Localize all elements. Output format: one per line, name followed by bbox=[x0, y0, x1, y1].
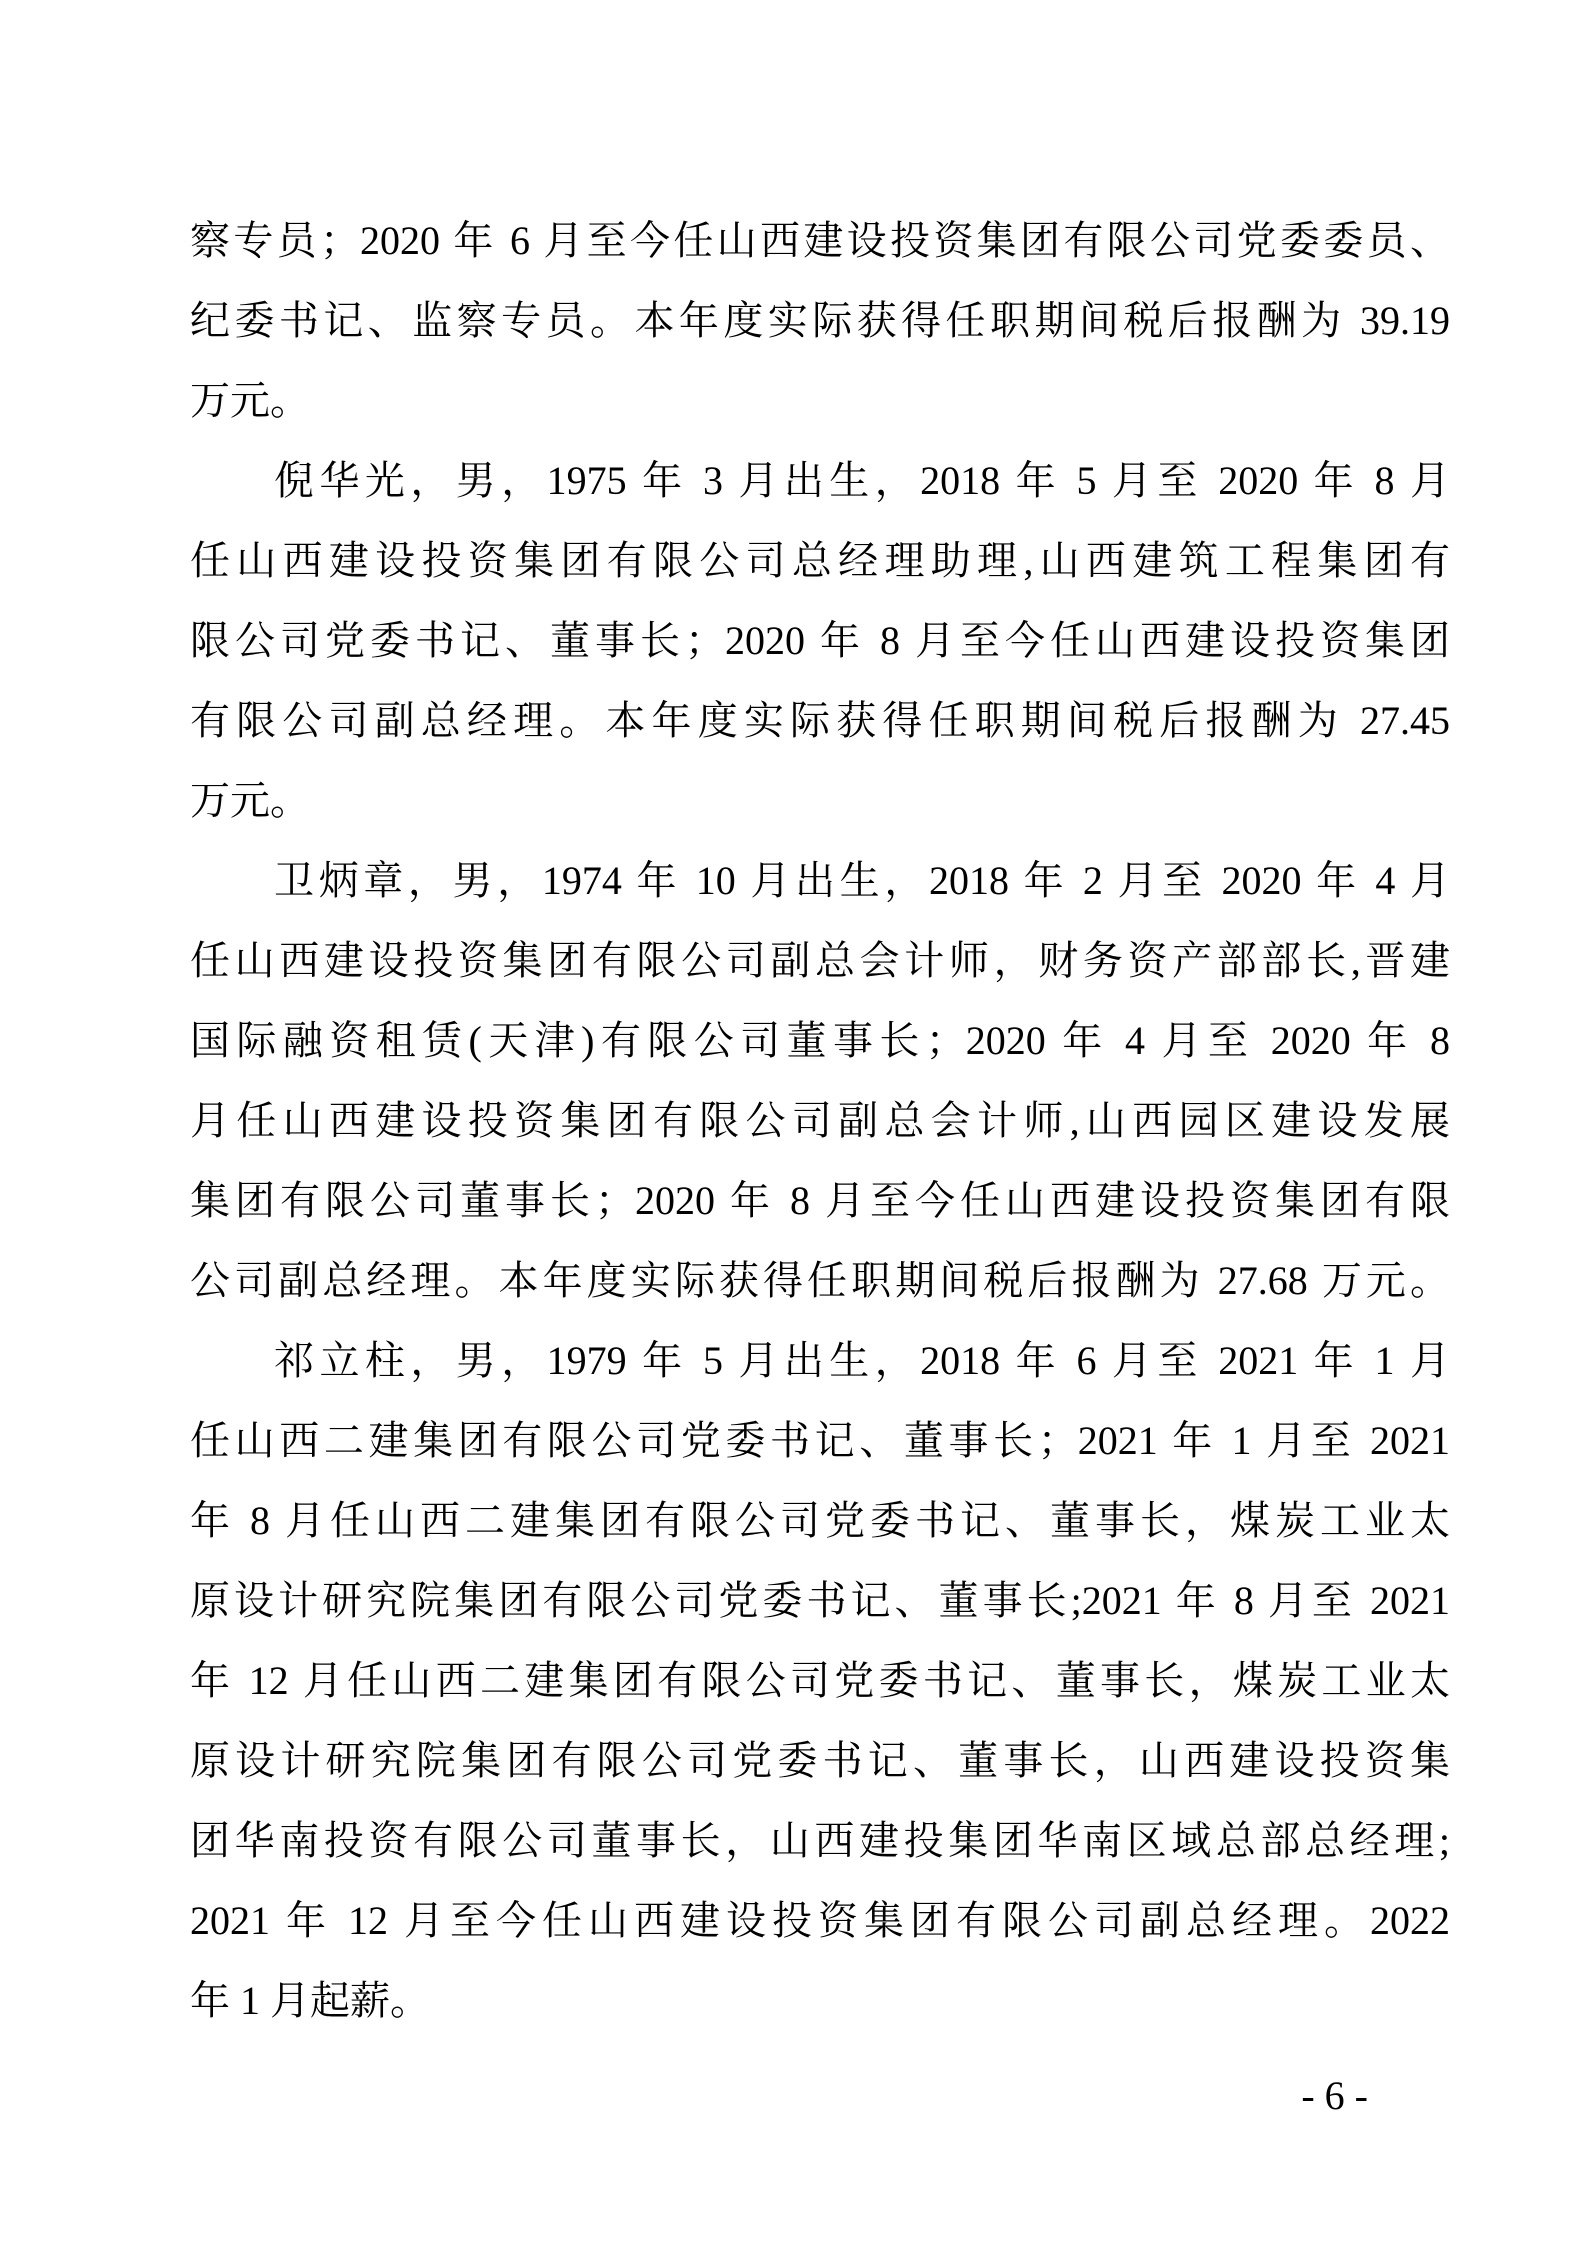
text-line: 原设计研究院集团有限公司党委书记、董事长，山西建设投资集 bbox=[190, 1721, 1450, 1801]
text-line: 卫炳章，男，1974 年 10 月出生，2018 年 2 月至 2020 年 4… bbox=[190, 841, 1450, 921]
text-line: 公司副总经理。本年度实际获得任职期间税后报酬为 27.68 万元。 bbox=[190, 1241, 1450, 1321]
text-line: 任山西建设投资集团有限公司副总会计师，财务资产部部长,晋建 bbox=[190, 921, 1450, 1001]
page-number: - 6 - bbox=[190, 2072, 1450, 2120]
text-line: 国际融资租赁(天津)有限公司董事长；2020 年 4 月至 2020 年 8 bbox=[190, 1001, 1450, 1081]
paragraph-wei-bingzhang: 卫炳章，男，1974 年 10 月出生，2018 年 2 月至 2020 年 4… bbox=[190, 841, 1450, 1321]
paragraph-ni-huaguang: 倪华光，男，1975 年 3 月出生，2018 年 5 月至 2020 年 8 … bbox=[190, 441, 1450, 841]
paragraph-continuation: 察专员；2020 年 6 月至今任山西建设投资集团有限公司党委委员、 纪委书记、… bbox=[190, 201, 1450, 441]
text-line: 月任山西建设投资集团有限公司副总会计师,山西园区建设发展 bbox=[190, 1081, 1450, 1161]
text-line: 集团有限公司董事长；2020 年 8 月至今任山西建设投资集团有限 bbox=[190, 1161, 1450, 1241]
text-line: 察专员；2020 年 6 月至今任山西建设投资集团有限公司党委委员、 bbox=[190, 201, 1450, 281]
text-line: 倪华光，男，1975 年 3 月出生，2018 年 5 月至 2020 年 8 … bbox=[190, 441, 1450, 521]
text-line: 任山西二建集团有限公司党委书记、董事长；2021 年 1 月至 2021 bbox=[190, 1401, 1450, 1481]
text-line: 年 1 月起薪。 bbox=[190, 1961, 1450, 2041]
text-line: 年 12 月任山西二建集团有限公司党委书记、董事长，煤炭工业太 bbox=[190, 1641, 1450, 1721]
text-line: 有限公司副总经理。本年度实际获得任职期间税后报酬为 27.45 bbox=[190, 681, 1450, 761]
text-line: 团华南投资有限公司董事长，山西建投集团华南区域总部总经理; bbox=[190, 1801, 1450, 1881]
text-line: 限公司党委书记、董事长；2020 年 8 月至今任山西建设投资集团 bbox=[190, 601, 1450, 681]
text-line: 2021 年 12 月至今任山西建设投资集团有限公司副总经理。2022 bbox=[190, 1881, 1450, 1961]
text-line: 年 8 月任山西二建集团有限公司党委书记、董事长，煤炭工业太 bbox=[190, 1481, 1450, 1561]
document-body: 察专员；2020 年 6 月至今任山西建设投资集团有限公司党委委员、 纪委书记、… bbox=[190, 201, 1450, 2041]
text-line: 原设计研究院集团有限公司党委书记、董事长;2021 年 8 月至 2021 bbox=[190, 1561, 1450, 1641]
text-line: 万元。 bbox=[190, 761, 1450, 841]
text-line: 纪委书记、监察专员。本年度实际获得任职期间税后报酬为 39.19 bbox=[190, 281, 1450, 361]
document-page: 察专员；2020 年 6 月至今任山西建设投资集团有限公司党委委员、 纪委书记、… bbox=[0, 0, 1587, 2245]
text-line: 任山西建设投资集团有限公司总经理助理,山西建筑工程集团有 bbox=[190, 521, 1450, 601]
paragraph-qi-lizhu: 祁立柱，男，1979 年 5 月出生，2018 年 6 月至 2021 年 1 … bbox=[190, 1321, 1450, 2041]
text-line: 祁立柱，男，1979 年 5 月出生，2018 年 6 月至 2021 年 1 … bbox=[190, 1321, 1450, 1401]
text-line: 万元。 bbox=[190, 361, 1450, 441]
